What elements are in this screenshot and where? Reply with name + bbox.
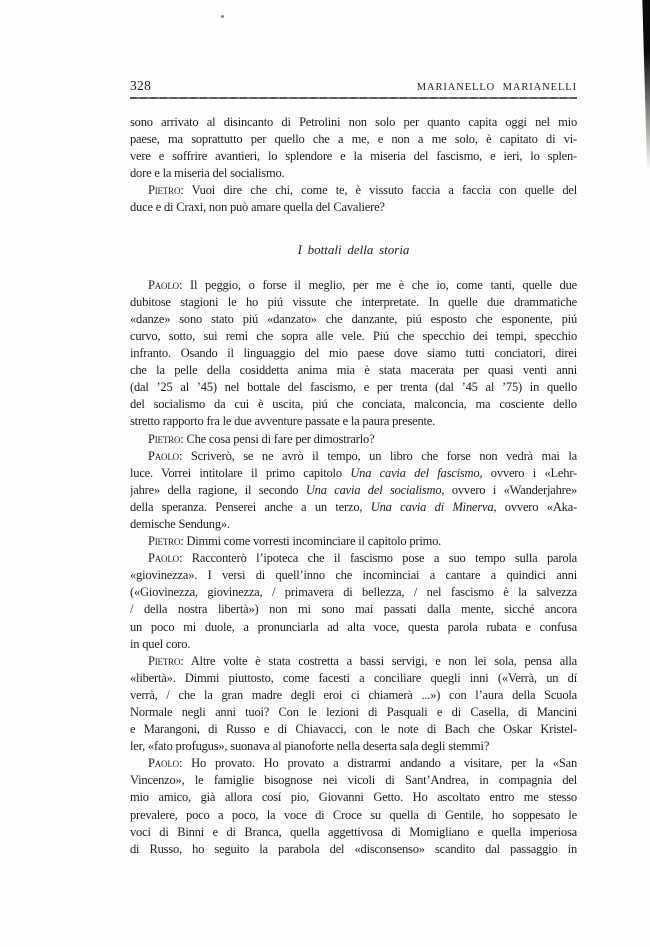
text-run: sono arrivato al disincanto di Petrolini…	[130, 115, 577, 129]
speaker-name: Paolo	[148, 278, 179, 292]
text-line: stretto rapporto fra le due avventure pa…	[130, 413, 577, 430]
text-run: vere e soffrire avantieri, lo splendore …	[130, 149, 577, 163]
text-line: sono arrivato al disincanto di Petrolini…	[130, 114, 577, 131]
text-run: : Il peggio, o forse il meglio, per me è…	[179, 278, 577, 292]
text-run: voci di Binni e di Branca, quella aggett…	[130, 825, 577, 839]
text-run: curvo, sotto, sui remi che sopra alle ve…	[130, 329, 577, 343]
text-run: dore e la miseria del socialismo.	[130, 166, 284, 180]
text-run: «danze» sono stato piú «danzato» che dan…	[130, 312, 577, 326]
text-run: in quel coro.	[130, 637, 190, 651]
text-run: che la pelle della cosiddetta anima mia …	[130, 363, 577, 377]
speaker-name: Pietro	[148, 432, 180, 446]
text-run: dubitose stagioni le ho piú vissute che …	[130, 295, 577, 309]
page-header: 328 MARIANELLO MARIANELLI	[130, 78, 577, 94]
text-line: dubitose stagioni le ho piú vissute che …	[130, 294, 577, 311]
page-number: 328	[130, 78, 151, 94]
speaker-name: Paolo	[148, 756, 179, 770]
text-run: / della nostra libertà») non mi sono mai…	[130, 602, 577, 616]
text-run: demische Sendung».	[130, 517, 230, 531]
text-run: stretto rapporto fra le due avventure pa…	[130, 414, 435, 428]
text-run: infranto. Osando il linguaggio del mio p…	[130, 346, 577, 360]
text-line: / della nostra libertà») non mi sono mai…	[130, 601, 577, 618]
text-line: che la pelle della cosiddetta anima mia …	[130, 362, 577, 379]
text-run: «giovinezza». I versi di quell’inno che …	[130, 568, 577, 582]
text-run: verrà, / che la gran madre degli eroi ci…	[130, 688, 577, 702]
text-line: Normale negli anni tuoi? Con le lezioni …	[130, 704, 577, 721]
speaker-name: Pietro	[148, 654, 180, 668]
text-line: curvo, sotto, sui remi che sopra alle ve…	[130, 328, 577, 345]
text-line: della speranza. Penserei anche a un terz…	[130, 499, 577, 516]
text-line: Paolo: Il peggio, o forse il meglio, per…	[130, 277, 577, 294]
text-line: Paolo: Racconterò l’ipoteca che il fasci…	[130, 550, 577, 567]
text-run: prevalere, poco a poco, la voce di Croce…	[130, 808, 577, 822]
text-run: jahre» della ragione, il secondo	[130, 483, 306, 497]
text-line: in quel coro.	[130, 636, 577, 653]
text-run: e Marangoni, di Russo e di Chiavacci, co…	[130, 722, 577, 736]
text-run: un poco mi duole, a pronunciarla ad alta…	[130, 620, 577, 634]
text-line: (dal ’25 al ’45) nel bottale del fascism…	[130, 379, 577, 396]
section-heading: I bottali della storia	[130, 241, 577, 258]
text-line: «danze» sono stato piú «danzato» che dan…	[130, 311, 577, 328]
text-run: del socialismo da cui è uscita, piú che …	[130, 397, 577, 411]
text-line: mio amico, già allora cosí pio, Giovanni…	[130, 789, 577, 806]
text-line: prevalere, poco a poco, la voce di Croce…	[130, 807, 577, 824]
text-line: voci di Binni e di Branca, quella aggett…	[130, 824, 577, 841]
text-line: Vincenzo», le famiglie bisognose nei vic…	[130, 772, 577, 789]
text-run: , ovvero i «Lehr-	[479, 466, 577, 480]
scan-speck	[221, 15, 224, 18]
text-run: luce. Vorrei intitolare il primo capitol…	[130, 466, 350, 480]
text-line: («Giovinezza, giovinezza, / primavera di…	[130, 584, 577, 601]
running-head: MARIANELLO MARIANELLI	[417, 82, 577, 93]
text-line: demische Sendung».	[130, 516, 577, 533]
scan-corner-artifact	[641, 0, 650, 185]
text-run: duce e di Craxi, non può amare quella de…	[130, 200, 385, 214]
text-run: : Ho provato. Ho provato a distrarmi and…	[179, 756, 577, 770]
text-run: Vincenzo», le famiglie bisognose nei vic…	[130, 773, 577, 787]
text-run: : Che cosa pensi di fare per dimostrarlo…	[180, 432, 374, 446]
book-title-italic: Una cavia di Minerva	[371, 500, 494, 514]
text-run: «libertà». Dimmi piuttosto, come facesti…	[130, 671, 577, 685]
text-line: un poco mi duole, a pronunciarla ad alta…	[130, 619, 577, 636]
text-line: e Marangoni, di Russo e di Chiavacci, co…	[130, 721, 577, 738]
text-line: Pietro: Dimmi come vorresti incominciare…	[130, 533, 577, 550]
text-run: (dal ’25 al ’45) nel bottale del fascism…	[130, 380, 577, 394]
text-line: Pietro: Altre volte è stata costretta a …	[130, 653, 577, 670]
text-run: mio amico, già allora cosí pio, Giovanni…	[130, 790, 577, 804]
page-body: sono arrivato al disincanto di Petrolini…	[130, 114, 577, 858]
scanned-book-page: 328 MARIANELLO MARIANELLI sono arrivato …	[0, 0, 650, 947]
book-title-italic: Una cavia del socialismo	[306, 483, 442, 497]
speaker-name: Pietro	[148, 534, 180, 548]
text-line: ler, «fato profugus», suonava al pianofo…	[130, 738, 577, 755]
speaker-name: Paolo	[148, 449, 179, 463]
text-line: jahre» della ragione, il secondo Una cav…	[130, 482, 577, 499]
text-line: luce. Vorrei intitolare il primo capitol…	[130, 465, 577, 482]
text-run: della speranza. Penserei anche a un terz…	[130, 500, 371, 514]
speaker-name: Pietro	[148, 183, 180, 197]
speaker-name: Paolo	[148, 551, 179, 565]
text-run: , ovvero «Aka-	[493, 500, 577, 514]
text-line: del socialismo da cui è uscita, piú che …	[130, 396, 577, 413]
text-line: vere e soffrire avantieri, lo splendore …	[130, 148, 577, 165]
text-run: , ovvero i «Wanderjahre»	[441, 483, 577, 497]
text-line: dore e la miseria del socialismo.	[130, 165, 577, 182]
text-run: Normale negli anni tuoi? Con le lezioni …	[130, 705, 577, 719]
text-run: paese, ma soprattutto per quello che a m…	[130, 132, 577, 146]
text-run: : Dimmi come vorresti incominciare il ca…	[180, 534, 441, 548]
text-run: di Russo, ho seguito la parabola del «di…	[130, 842, 577, 856]
text-line: Pietro: Vuoi dire che chi, come te, è vi…	[130, 182, 577, 199]
text-line: paese, ma soprattutto per quello che a m…	[130, 131, 577, 148]
text-run: : Altre volte è stata costretta a bassi …	[180, 654, 577, 668]
book-title-italic: Una cavia del fascismo	[350, 466, 479, 480]
text-line: Paolo: Scriverò, se ne avrò il tempo, un…	[130, 448, 577, 465]
text-run: : Scriverò, se ne avrò il tempo, un libr…	[179, 449, 577, 463]
text-line: di Russo, ho seguito la parabola del «di…	[130, 841, 577, 858]
text-line: verrà, / che la gran madre degli eroi ci…	[130, 687, 577, 704]
text-line: infranto. Osando il linguaggio del mio p…	[130, 345, 577, 362]
text-line: Paolo: Ho provato. Ho provato a distrarm…	[130, 755, 577, 772]
text-line: «giovinezza». I versi di quell’inno che …	[130, 567, 577, 584]
text-run: : Racconterò l’ipoteca che il fascismo p…	[179, 551, 577, 565]
text-line: «libertà». Dimmi piuttosto, come facesti…	[130, 670, 577, 687]
text-run: ler, «fato profugus», suonava al pianofo…	[130, 739, 489, 753]
header-rule	[130, 97, 577, 99]
text-run: : Vuoi dire che chi, come te, è vissuto …	[180, 183, 577, 197]
text-run: («Giovinezza, giovinezza, / primavera di…	[130, 585, 577, 599]
text-line: Pietro: Che cosa pensi di fare per dimos…	[130, 431, 577, 448]
text-line: duce e di Craxi, non può amare quella de…	[130, 199, 577, 216]
